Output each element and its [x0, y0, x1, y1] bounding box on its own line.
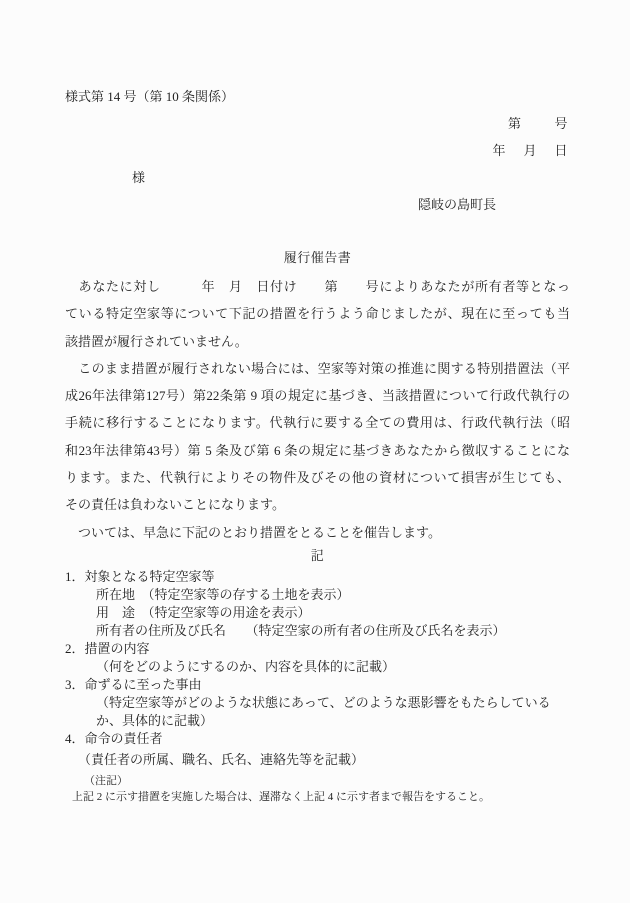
form-number: 様式第 14 号（第 10 条関係） — [65, 83, 570, 110]
body-text: あなたに対し 年 月 日付け 第 号によりあなたが所有者等となっ ている特定空家… — [65, 273, 570, 546]
paragraph-2-line-6: その責任は負わないことになります。 — [65, 491, 570, 518]
paragraph-1-line-3: 該措置が履行されていません。 — [65, 328, 570, 355]
measures-list: 1．対象となる特定空家等 所在地 （特定空家等の存する土地を表示） 用 途 （特… — [65, 568, 570, 769]
item-3-reason-line2: か、具体的に記載） — [96, 712, 570, 730]
item-1-owner: 所有者の住所及び氏名 （特定空家の所有者の住所及び氏名を表示） — [96, 622, 570, 640]
item-3-reason-line1: （特定空家等がどのような状態にあって、どのような悪影響をもたらしている — [96, 694, 570, 712]
item-1-title: 1．対象となる特定空家等 — [65, 568, 570, 586]
item-2-description: （何をどのようにするのか、内容を具体的に記載） — [96, 658, 570, 676]
paragraph-1-line-2: ている特定空家等について下記の措置を行うよう命じましたが、現在に至っても当 — [65, 300, 570, 327]
sender-mayor: 隠岐の島町長 — [418, 191, 570, 218]
paragraph-2-line-5: ります。また、代執行によりその物件及びその他の資材について損害が生じても、 — [65, 464, 570, 491]
paragraph-2-line-4: 和23年法律第43号）第 5 条及び第 6 条の規定に基づきあなたから徴収するこ… — [65, 437, 570, 464]
paragraph-2-line-1: このまま措置が履行されない場合には、空家等対策の推進に関する特別措置法（平 — [65, 355, 570, 382]
addressee-suffix: 様 — [132, 164, 570, 191]
note-text: 上記 2 に示す措置を実施した場合は、遅滞なく上記 4 に示す者まで報告をするこ… — [72, 790, 570, 805]
item-3-title: 3．命ずるに至った事由 — [65, 676, 570, 694]
document-number-blank: 第 号 — [65, 110, 570, 137]
document-page: 様式第 14 号（第 10 条関係） 第 号 年 月 日 様 隠岐の島町長 履行… — [0, 0, 630, 903]
item-2-title: 2．措置の内容 — [65, 640, 570, 658]
item-4-responsible: （責任者の所属、職名、氏名、連絡先等を記載） — [78, 751, 570, 769]
paragraph-1-line-1: あなたに対し 年 月 日付け 第 号によりあなたが所有者等となっ — [65, 273, 570, 300]
paragraph-2-line-2: 成26年法律第127号）第22条第 9 項の規定に基づき、当該措置について行政代… — [65, 382, 570, 409]
item-4-title: 4．命令の責任者 — [65, 730, 570, 748]
item-1-location: 所在地 （特定空家等の存する土地を表示） — [96, 586, 570, 604]
document-title: 履行催告書 — [65, 244, 570, 271]
item-1-usage: 用 途 （特定空家等の用途を表示） — [96, 604, 570, 622]
document-content: 様式第 14 号（第 10 条関係） 第 号 年 月 日 様 隠岐の島町長 履行… — [65, 83, 570, 805]
date-blank: 年 月 日 — [65, 137, 570, 164]
note-heading: （注記） — [84, 774, 570, 789]
ki-marker: 記 — [65, 547, 570, 565]
paragraph-3-line-1: ついては、早急に下記のとおり措置をとることを催告します。 — [65, 519, 570, 546]
paragraph-2-line-3: 手続に移行することになります。代執行に要する全ての費用は、行政代執行法（昭 — [65, 409, 570, 436]
